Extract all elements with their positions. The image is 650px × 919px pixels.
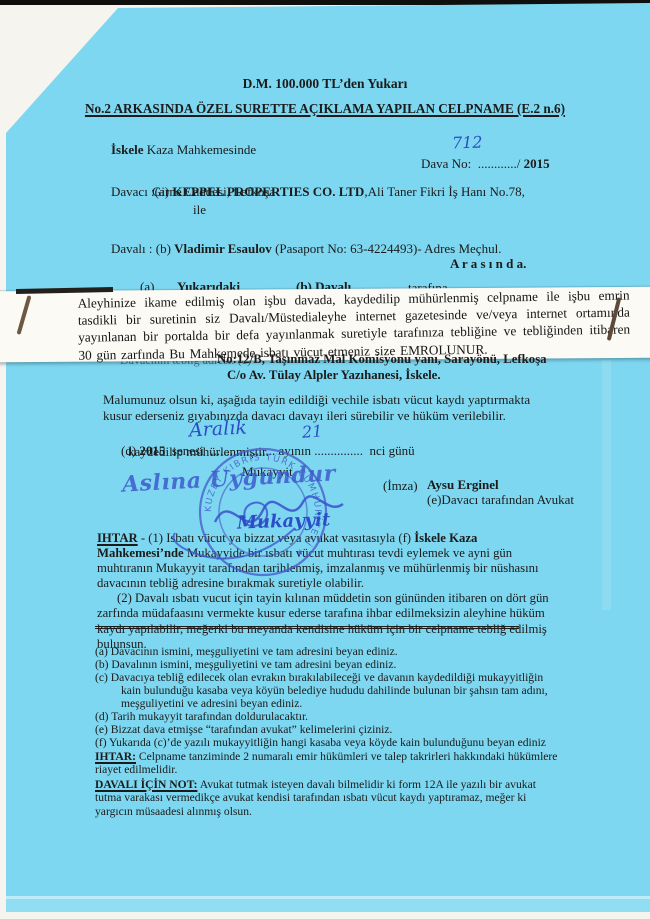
divider-rule bbox=[95, 626, 519, 629]
scan-light-streak bbox=[602, 360, 611, 610]
notice-paragraph: Malumunuz olsun ki, aşağıda tayin edildi… bbox=[103, 392, 551, 425]
registrar-handwritten-title: Mukayyit bbox=[237, 509, 331, 533]
defendant-row: Davalı : (b) Vladimir Esaulov (Pasaport … bbox=[98, 226, 501, 271]
footnotes-block: (a) Davacının ismini, meşguliyetini ve t… bbox=[95, 645, 565, 818]
footnote-line: (c) Davacıya tebliğ edilecek olan evrakı… bbox=[95, 671, 565, 684]
warning-paragraph-2: (2) Davalı ısbatı vucut için tayin kılın… bbox=[97, 591, 559, 651]
case-number-handwritten: 712 bbox=[452, 132, 483, 152]
versus-connector: ile bbox=[193, 202, 206, 217]
footer-ihtar: IHTAR: Celpname tanziminde 2 numaralı em… bbox=[95, 750, 565, 777]
footnote-line: meşguliyetini ve adresini beyan ediniz. bbox=[95, 697, 565, 710]
document-title: No.2 ARKASINDA ÖZEL SURETTE AÇIKLAMA YAP… bbox=[85, 101, 565, 116]
handwritten-day: 21 bbox=[301, 421, 323, 441]
court-seal-stamp: KUZEY KIBRIS TÜRK CUMHURİYETİ ★ bbox=[145, 432, 485, 582]
footnote-line: (d) Tarih mukayyit tarafından doldurulac… bbox=[95, 710, 565, 723]
scanned-summons-document: D.M. 100.000 TL’den Yukarı No.2 ARKASIND… bbox=[0, 0, 650, 919]
footer-ihtar-label: IHTAR: bbox=[95, 750, 136, 763]
footer-davali-note-label: DAVALI İÇİN NOT: bbox=[95, 778, 197, 791]
case-year: 2015 bbox=[524, 156, 550, 171]
court-name: İskele Kaza Mahkemesinde bbox=[98, 127, 256, 172]
footnote-line: (e) Bizzat dava etmişse “tarafından avuk… bbox=[95, 723, 565, 736]
document-title-row: No.2 ARKASINDA ÖZEL SURETTE AÇIKLAMA YAP… bbox=[0, 101, 650, 116]
warning-label: IHTAR bbox=[97, 531, 138, 545]
footnote-line: (f) Yukarıda (c)’de yazılı mukayyitliğin… bbox=[95, 736, 565, 749]
defendant-name: Vladimir Esaulov bbox=[174, 241, 272, 256]
footnote-line: (b) Davalının ismini, meşguliyetini ve t… bbox=[95, 658, 565, 671]
handwritten-month: Aralık bbox=[188, 417, 247, 442]
footer-davali-note: DAVALI İÇİN NOT: Avukat tutmak isteyen d… bbox=[95, 778, 565, 818]
overlay-strip: Aleyhinize ikame edilmiş olan işbu davad… bbox=[0, 287, 650, 363]
plaintiff-address-line2: Girne Caddesi, Lefkoşa bbox=[152, 184, 275, 199]
service-address-line1: No:12/B, Taşınmaz Mal Komisyonu yanı, Sa… bbox=[217, 352, 547, 367]
footnote-line: (a) Davacının ismini, meşguliyetini ve t… bbox=[95, 645, 565, 658]
between-label: A r a s ı n d a. bbox=[450, 256, 526, 271]
plaintiff-address-inline: ,Ali Taner Fikri İş Hanı No.78, bbox=[364, 184, 525, 199]
defendant-details: (Pasaport No: 63-4224493)- Adres Meçhul. bbox=[272, 241, 502, 256]
footnote-line: kain bulunduğu kasaba veya köyün belediy… bbox=[95, 684, 565, 697]
amount-heading: D.M. 100.000 TL’den Yukarı bbox=[0, 76, 650, 91]
paper-fold-shading bbox=[6, 899, 650, 912]
service-address-line2: C/o Av. Tülay Alpler Yazıhanesi, İskele. bbox=[227, 368, 441, 383]
